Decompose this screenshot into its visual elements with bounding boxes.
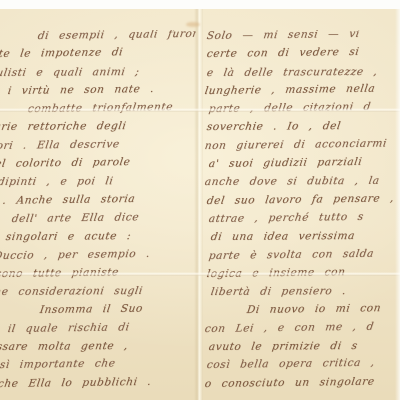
handwritten-line: tte le impotenze di <box>0 45 196 66</box>
handwritten-line: a . Anche sulla storia <box>0 192 196 213</box>
handwritten-line: sì importante che <box>0 357 196 378</box>
handwritten-line: anche dove si dubita , la <box>203 175 400 195</box>
handwritten-line: i virtù ne son nate . <box>6 82 196 103</box>
letter-photograph: di esempii , quali furono tte le impoten… <box>0 0 400 400</box>
horizontal-crease <box>0 272 400 276</box>
handwritten-line: con Lei , e con me , d <box>203 320 400 341</box>
photo-top-edge <box>0 0 400 9</box>
handwritten-line: Insomma il Suo <box>38 302 196 323</box>
handwritten-line: attrae , perché tutto s <box>207 210 400 231</box>
handwritten-line: a' suoi giudizii parziali <box>207 155 400 176</box>
stain-mark <box>186 22 200 27</box>
horizontal-crease <box>0 108 400 112</box>
center-fold-crease <box>194 9 203 400</box>
letter-page-left: di esempii , quali furono tte le impoten… <box>0 30 196 400</box>
handwritten-line: dell' arte Ella dice <box>10 210 196 231</box>
letter-page-right: Solo — mi sensi — vi certe con di vedere… <box>203 30 400 400</box>
handwritten-line: del colorito di parole <box>0 155 196 176</box>
handwritten-line: che Ella lo pubblichi . <box>0 375 196 396</box>
handwritten-line: o conosciuto un singolare <box>203 375 400 396</box>
handwritten-line: il quale rischia di <box>6 320 196 341</box>
handwritten-line: di una idea verissima <box>209 230 400 250</box>
handwritten-line: parte è svolta con salda <box>207 247 400 268</box>
paper-right-edge-highlight <box>395 9 400 400</box>
handwritten-line: così bella opera critica , <box>205 357 400 378</box>
handwritten-line: certe con di vedere si <box>205 46 400 67</box>
